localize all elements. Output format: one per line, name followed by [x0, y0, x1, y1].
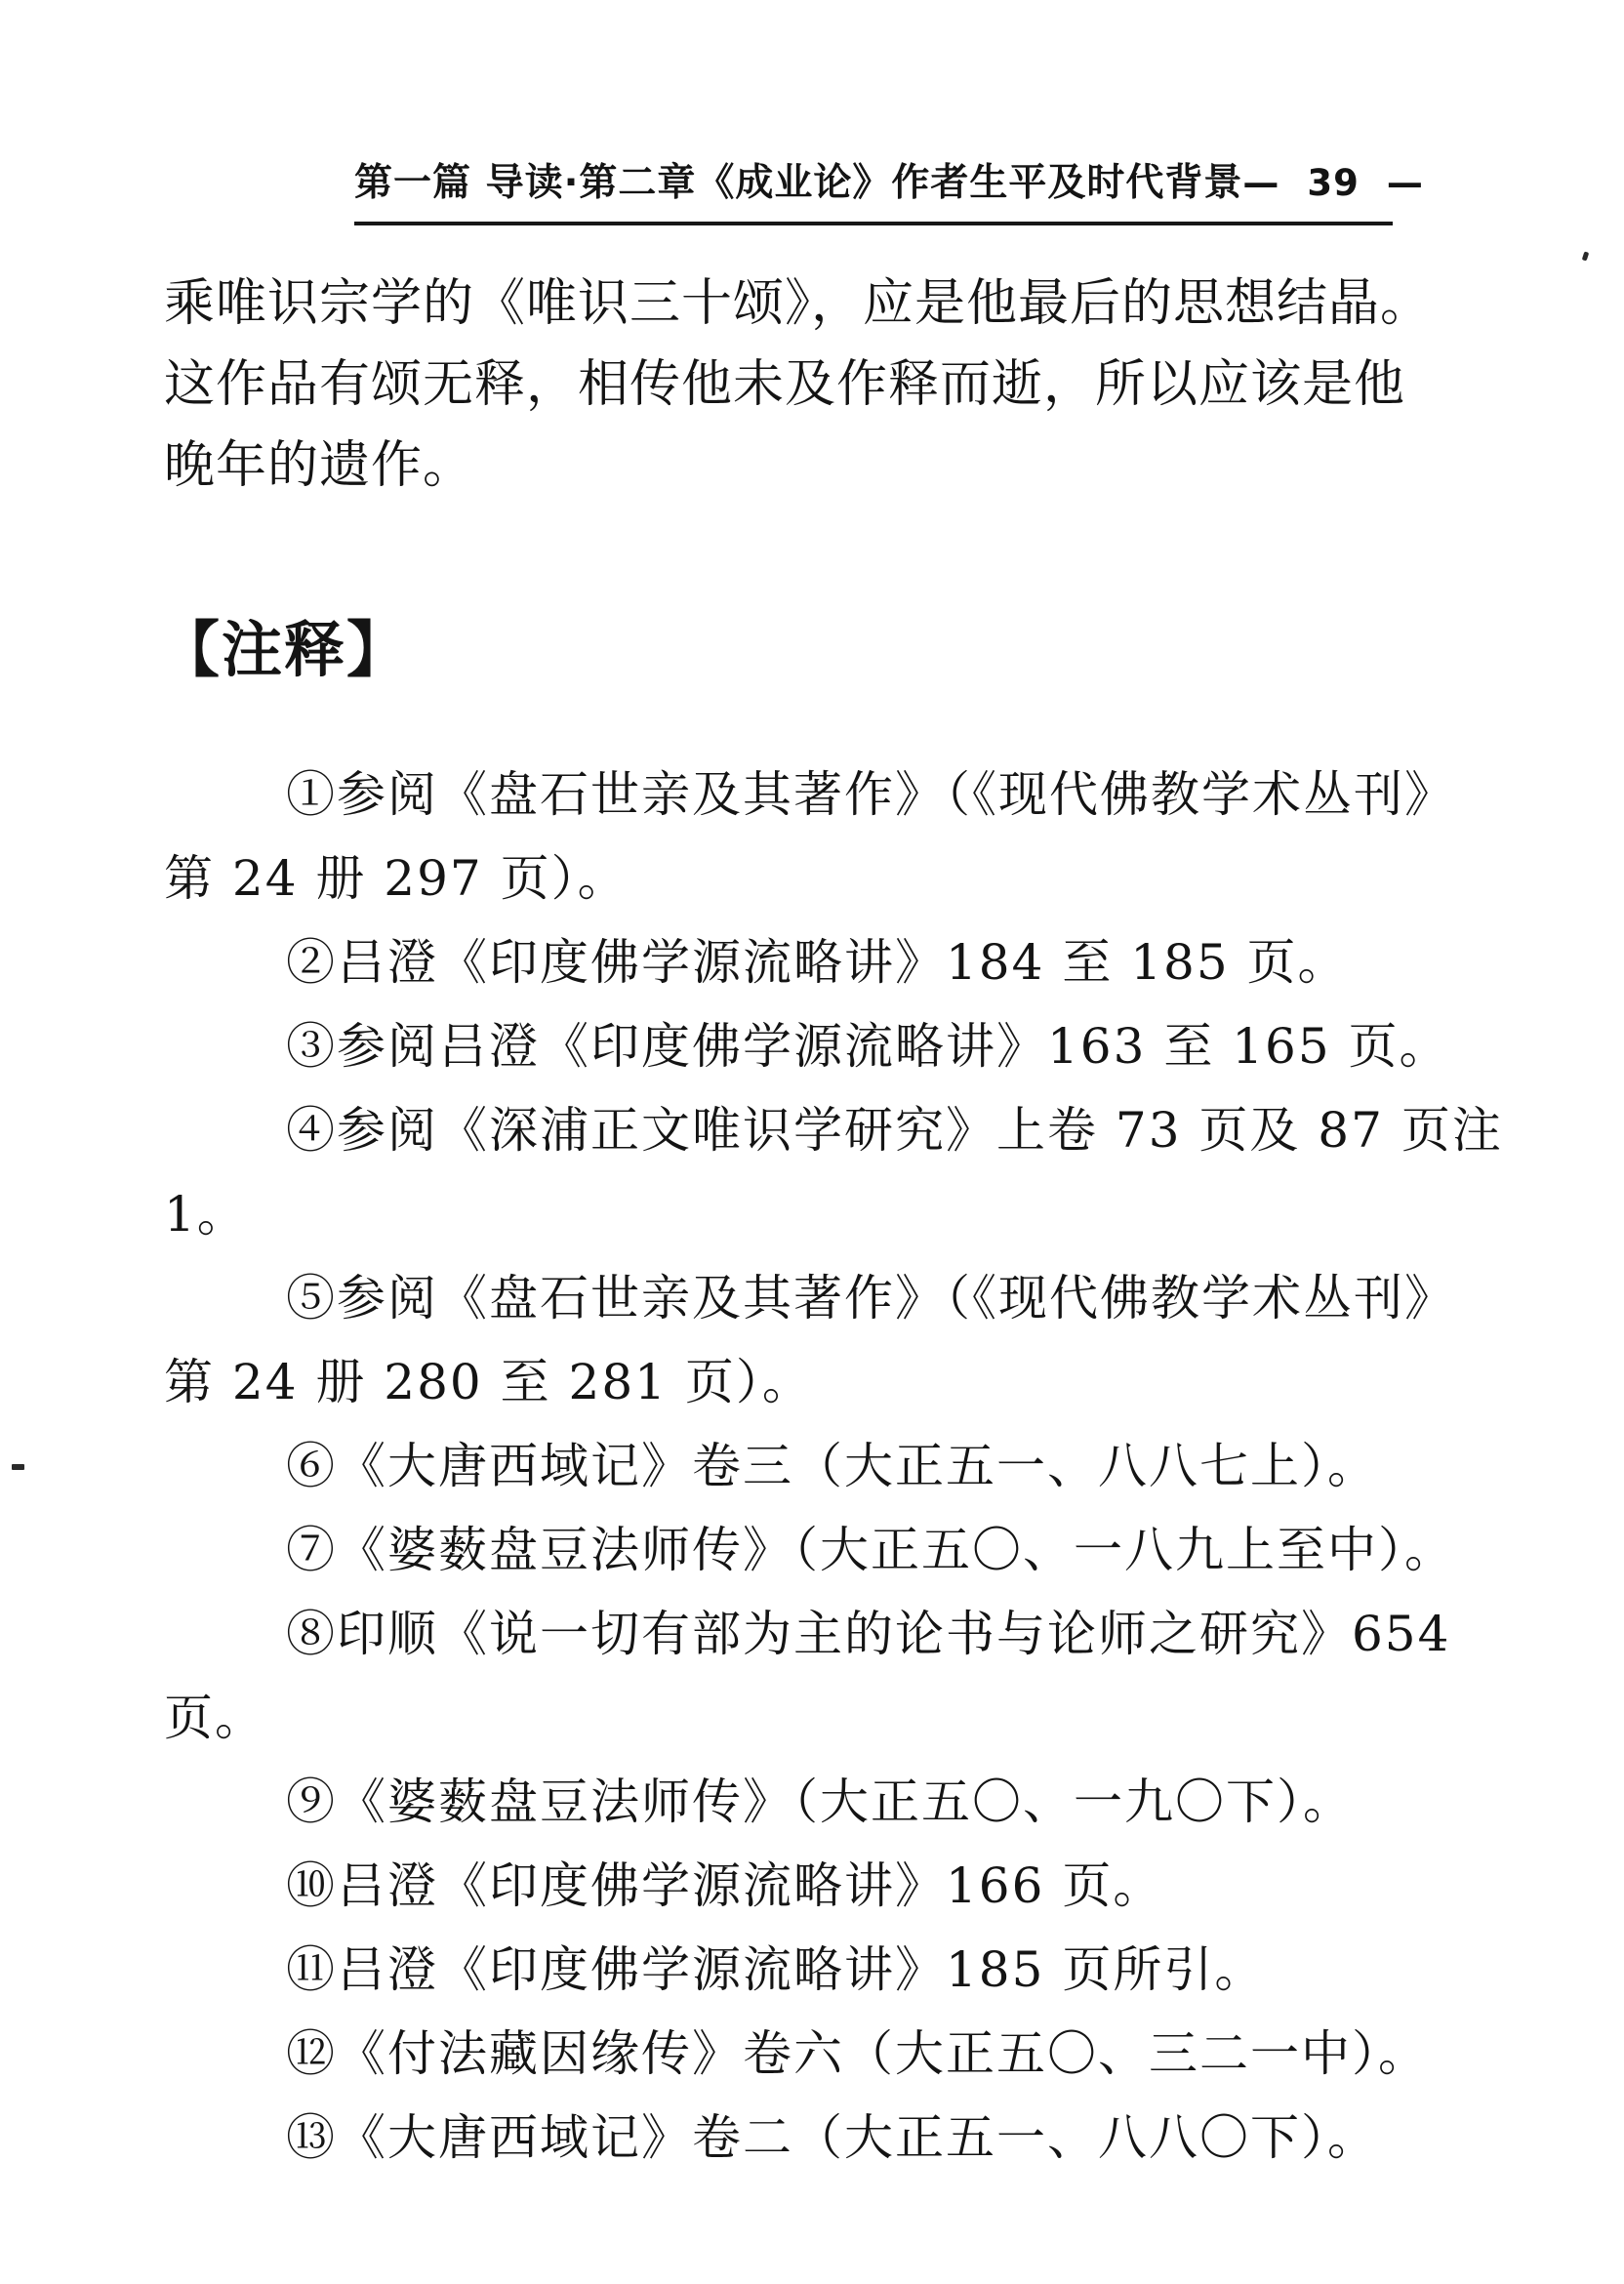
note-line: ⑬《大唐西域记》卷二（大正五一、八八〇下）。: [164, 2096, 1477, 2180]
note-line: ⑪吕澄《印度佛学源流略讲》185 页所引。: [164, 1928, 1477, 2012]
note-line: ⑤参阅《盘石世亲及其著作》（《现代佛教学术丛刊》: [164, 1256, 1477, 1340]
note-line: ⑨《婆薮盘豆法师传》（大正五〇、一九〇下）。: [164, 1760, 1477, 1844]
note-line: 第 24 册 280 至 281 页）。: [164, 1340, 1477, 1424]
note-line: ⑩吕澄《印度佛学源流略讲》166 页。: [164, 1844, 1477, 1928]
note-line: ⑧印顺《说一切有部为主的论书与论师之研究》654: [164, 1592, 1477, 1676]
note-line: ②吕澄《印度佛学源流略讲》184 至 185 页。: [164, 920, 1477, 1004]
book-page: 第一篇 导读·第二章《成业论》作者生平及时代背景 — 39 — 乘唯识宗学的《唯…: [0, 0, 1624, 2284]
paragraph-line: 乘唯识宗学的《唯识三十颂》，应是他最后的思想结晶。: [164, 264, 1467, 345]
notes-section-heading: 【注释】: [159, 601, 409, 688]
page-number-dash-right: —: [1387, 162, 1424, 204]
note-line: ⑫《付法藏因缘传》卷六（大正五〇、三二一中）。: [164, 2012, 1477, 2096]
note-line: 第 24 册 297 页）。: [164, 836, 1477, 920]
note-line: ⑦《婆薮盘豆法师传》（大正五〇、一八九上至中）。: [164, 1508, 1477, 1592]
page-number: 39: [1307, 162, 1360, 204]
note-line: ③参阅吕澄《印度佛学源流略讲》163 至 165 页。: [164, 1004, 1477, 1088]
note-line: 页。: [164, 1676, 1477, 1760]
notes-list: ①参阅《盘石世亲及其著作》（《现代佛教学术丛刊》 第 24 册 297 页）。 …: [164, 753, 1477, 2180]
note-line: 1。: [164, 1172, 1477, 1256]
paragraph-line: 这作品有颂无释，相传他未及作释而逝，所以应该是他: [164, 345, 1467, 426]
page-number-dash-left: —: [1242, 162, 1279, 204]
note-line: ④参阅《深浦正文唯识学研究》上卷 73 页及 87 页注: [164, 1088, 1477, 1172]
scan-artifact-speck: [1582, 251, 1590, 261]
note-line: ⑥《大唐西域记》卷三（大正五一、八八七上）。: [164, 1424, 1477, 1508]
body-paragraph: 乘唯识宗学的《唯识三十颂》，应是他最后的思想结晶。 这作品有颂无释，相传他未及作…: [164, 264, 1467, 507]
page-number-group: — 39 —: [1242, 162, 1424, 204]
scan-artifact-speck: [12, 1464, 24, 1470]
header-title: 第一篇 导读·第二章《成业论》作者生平及时代背景: [354, 152, 1242, 207]
paragraph-line: 晚年的遗作。: [164, 426, 1467, 507]
running-header: 第一篇 导读·第二章《成业论》作者生平及时代背景 — 39 —: [354, 152, 1393, 225]
note-line: ①参阅《盘石世亲及其著作》（《现代佛教学术丛刊》: [164, 753, 1477, 836]
